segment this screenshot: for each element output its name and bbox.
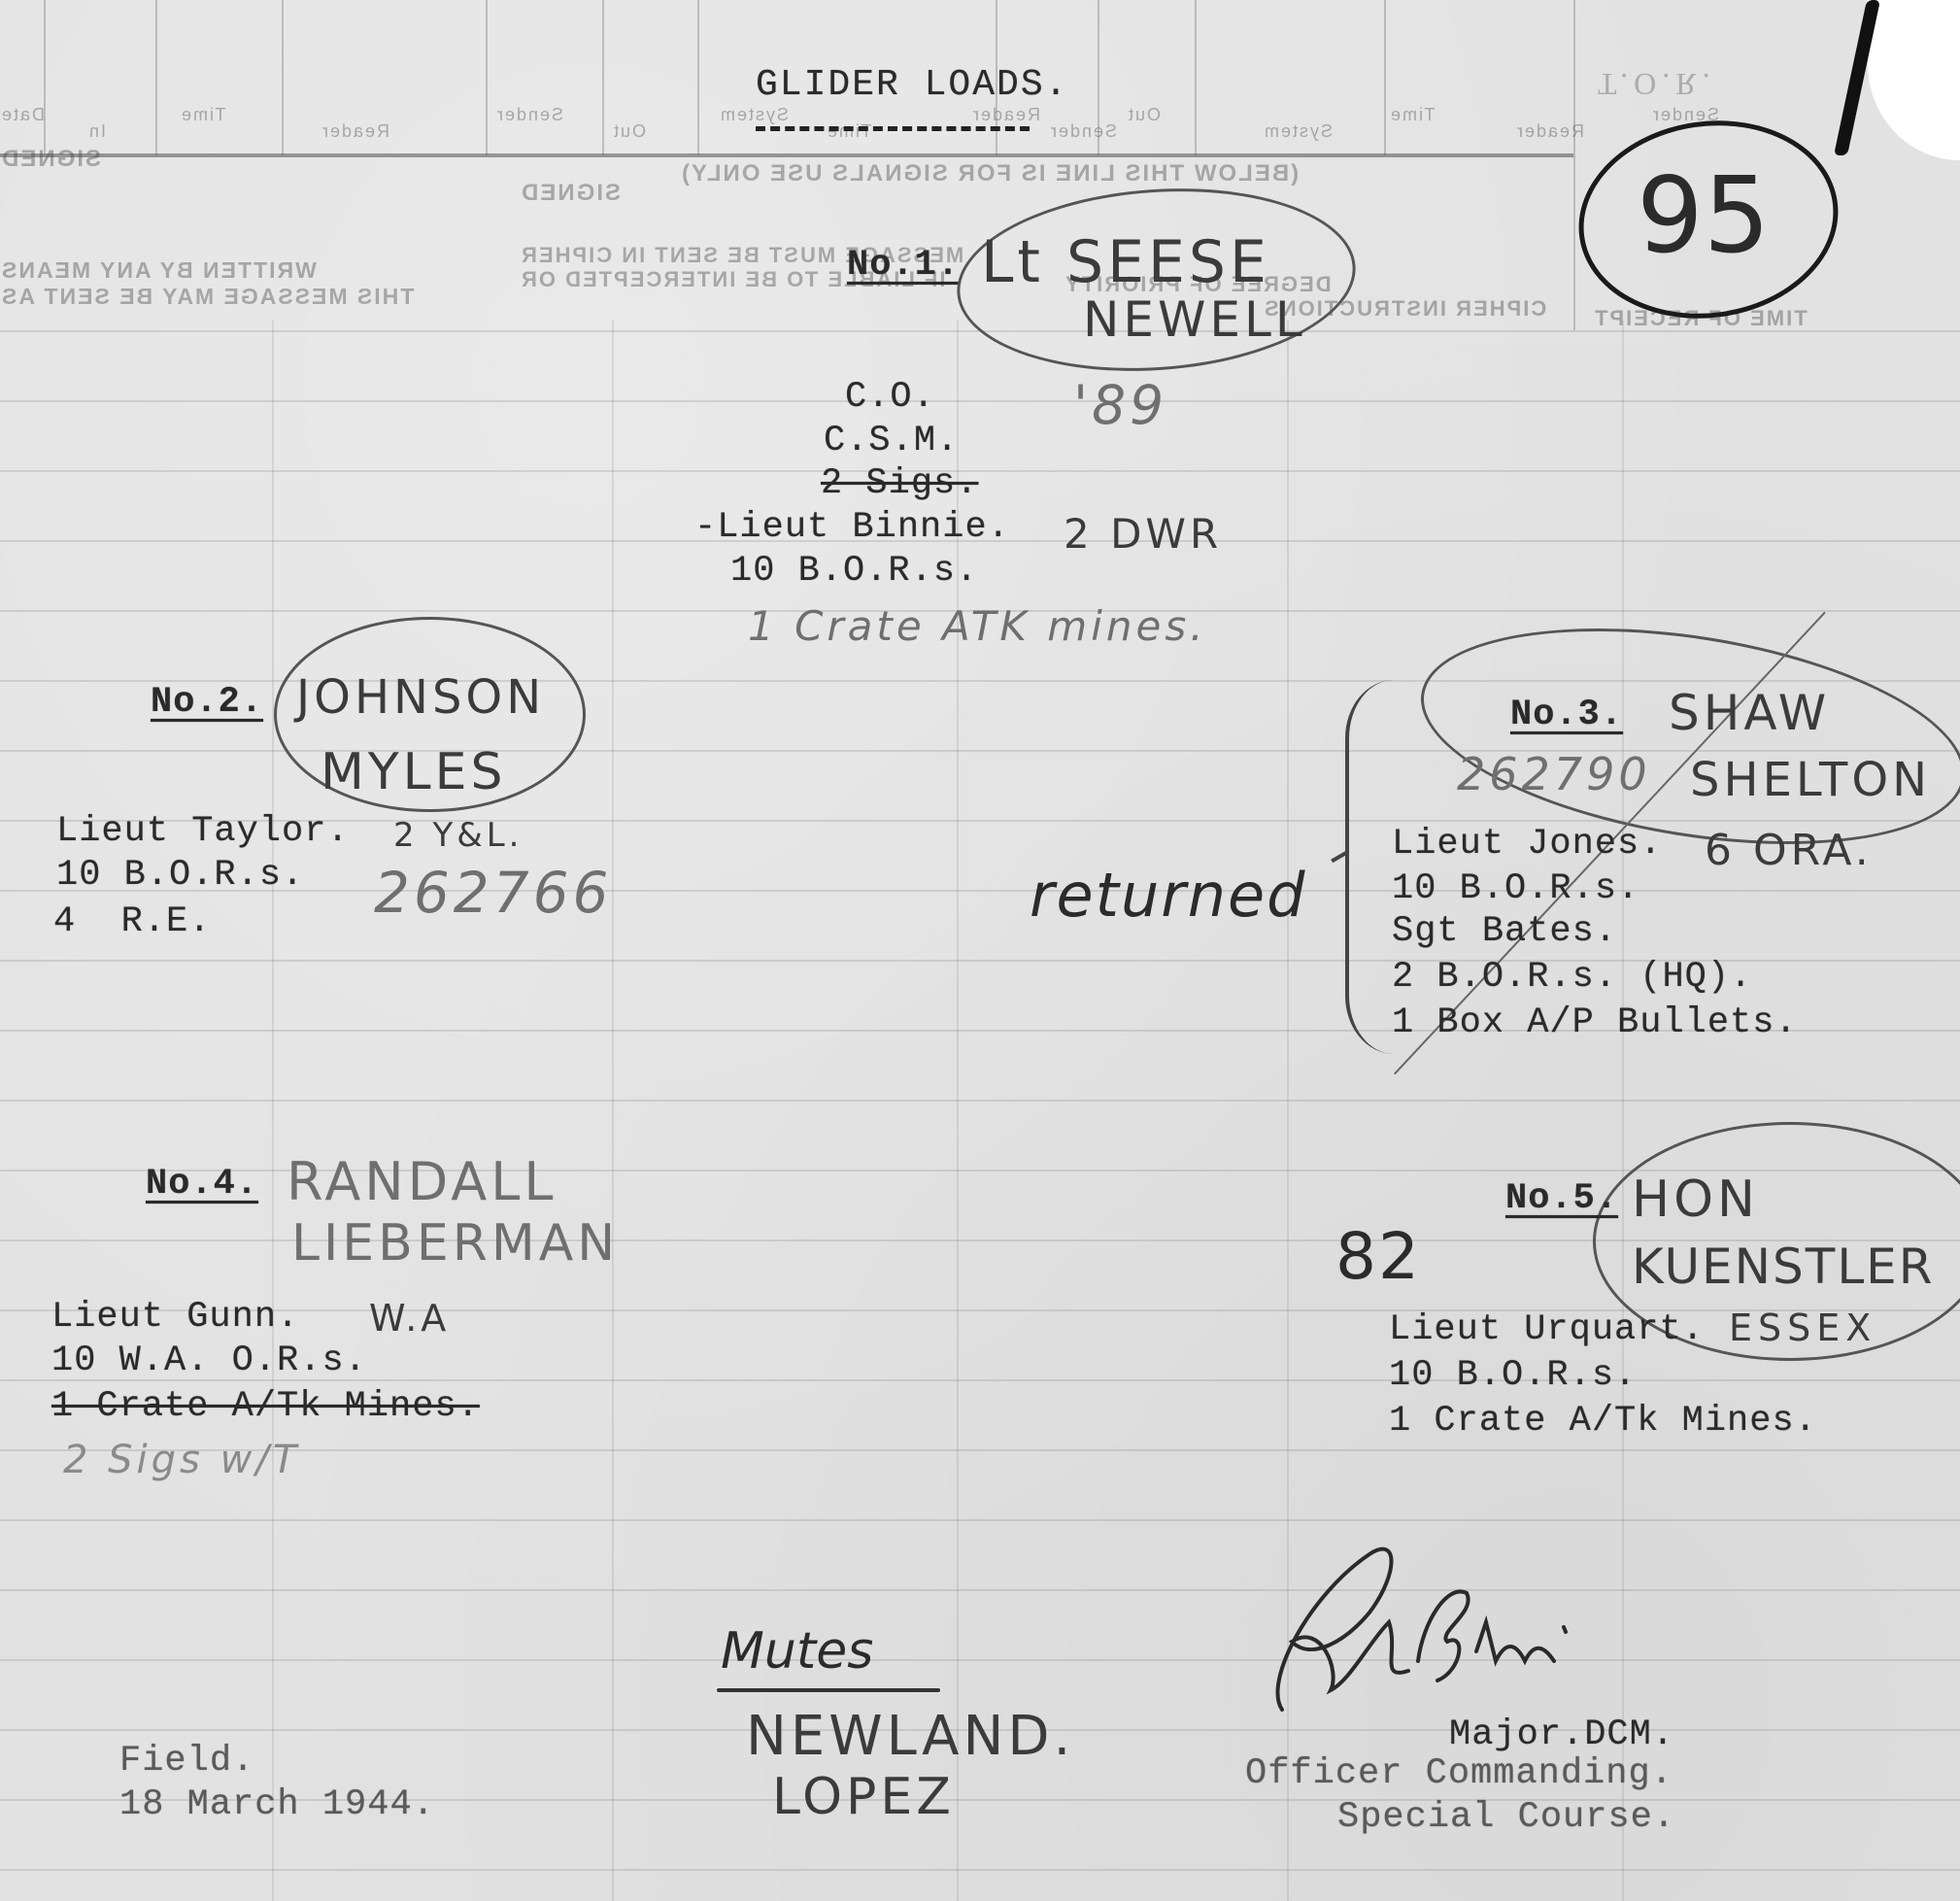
mirrored-column-label: System [719,105,789,125]
mirrored-column-label: In [87,121,106,142]
grid-line [0,1589,1960,1591]
glider-3-number: 262790 [1457,748,1651,800]
glider-5-name-2: KUENSTLER [1632,1239,1935,1295]
glider-2-line-3: 4 R.E. [53,901,211,942]
mirrored-left-note-2: THIS MESSAGE MAY BE SENT AS [0,284,414,310]
glider-3-line-5: 1 Box A/P Bullets. [1392,1002,1798,1043]
mirrored-left-note-1: WRITTEN BY ANY MEANS [0,257,317,284]
mirrored-form-note: (BELOW THIS LINE IS FOR SIGNALS USE ONLY… [680,160,1299,187]
grid-line [0,680,1960,682]
mirrored-column-label: Time [826,121,871,142]
glider-5-line-3: 1 Crate A/Tk Mines. [1389,1401,1817,1442]
glider-5-label: No.5. [1505,1178,1618,1219]
footer-name-2: LOPEZ [772,1768,955,1826]
mirrored-column-label: Reader [321,121,389,142]
glider-4-name-1: RANDALL [287,1151,557,1212]
grid-line [0,1659,1960,1661]
grid-column-line [612,321,614,1901]
glider-2-name-2: MYLES [321,743,506,801]
form-column-line [1384,0,1386,155]
glider-3-name-1: SHAW [1669,685,1830,741]
mirrored-column-label: Date [0,105,45,125]
mid-signature: Mutes [721,1622,873,1680]
mirrored-signed-mid: SIGNED [520,180,621,207]
footer-name-1: NEWLAND. [746,1705,1074,1768]
glider-1-annotation-unit: 2 DWR [1064,510,1222,558]
glider-3-line-3: Sgt Bates. [1392,911,1617,952]
form-column-line [155,0,157,155]
glider-1-line-3: 2 Sigs. [821,463,978,504]
mirrored-column-label: Reader [1515,121,1584,142]
mirrored-signed-left: SIGNED [0,146,101,173]
glider-1-annotation-cargo: 1 Crate ATK mines. [748,602,1207,650]
glider-1-name-1: Lt SEESE [981,228,1270,296]
glider-5-name-1: HON [1632,1171,1759,1229]
glider-1-line-5: 10 B.O.R.s. [730,551,978,592]
mirrored-column-label: System [1263,121,1333,142]
glider-4-annotation-cargo: 2 Sigs w/T [63,1438,300,1482]
circled-number: 95 [1637,155,1770,277]
footer-role-2: Special Course. [1337,1797,1675,1838]
mirrored-time-receipt: TIME OF RECEIPT [1593,306,1808,331]
glider-3-annotation-unit: 6 ORA. [1705,826,1873,875]
footer-rank: Major.DCM. [1449,1714,1674,1755]
footer-place: Field. [119,1741,254,1782]
glider-2-annotation-number: 262766 [374,860,612,926]
grid-line [0,750,1960,752]
grid-line [0,1100,1960,1102]
glider-5-annotation-unit: ESSEX [1729,1307,1876,1349]
glider-2-line-1: Lieut Taylor. [56,811,350,852]
glider-2-name-1: JOHNSON [296,670,545,725]
mirrored-column-label: Sender [495,105,563,125]
signature-scribble-icon [1253,1535,1603,1729]
grid-line [0,400,1960,402]
glider-4-annotation-unit: W.A [369,1297,450,1340]
glider-1-label: No.1. [847,245,960,286]
mirrored-column-label: Time [1389,105,1435,125]
glider-3-name-2: SHELTON [1690,753,1931,807]
glider-4-name-2: LIEBERMAN [291,1214,619,1273]
glider-1-name-2: NEWELL [1083,291,1306,348]
glider-5-line-2: 10 B.O.R.s. [1389,1355,1637,1396]
glider-4-line-2: 10 W.A. O.R.s. [51,1341,367,1381]
grid-line [0,470,1960,472]
glider-1-number: '89 [1073,374,1167,436]
footer-date: 18 March 1944. [119,1784,435,1825]
mirrored-tor-code: T.O.R. [1598,66,1716,102]
form-header-rule [0,153,1573,157]
form-column-line [1195,0,1197,155]
grid-column-line [1622,321,1624,1901]
glider-1-line-4: -Lieut Binnie. [694,507,1010,548]
glider-1-line-1: C.O. [845,377,935,418]
glider-2-line-2: 10 B.O.R.s. [56,855,304,896]
glider-3-returned-note: returned [1030,860,1307,931]
mirrored-column-label: Time [180,105,225,125]
mirrored-column-label: Reader [971,105,1040,125]
mirrored-column-label: Out [1127,105,1161,125]
signature-underline [717,1688,940,1692]
form-column-line [697,0,699,155]
form-column-line [282,0,284,155]
form-column-line [486,0,488,155]
glider-4-line-3: 1 Crate A/Tk Mines. [51,1386,480,1427]
page-title: GLIDER LOADS. [756,64,1068,106]
title-underline [756,126,1030,131]
glider-4-label: No.4. [146,1164,258,1205]
glider-3-line-1: Lieut Jones. [1392,824,1662,865]
glider-5-number: 82 [1335,1219,1421,1294]
form-column-line [1573,0,1575,330]
commander-signature [1253,1535,1603,1734]
glider-1-line-2: C.S.M. [824,421,959,461]
glider-2-label: No.2. [151,682,263,723]
mirrored-column-label: Out [612,121,646,142]
bracket-mark [1345,680,1407,1054]
footer-role-1: Officer Commanding. [1245,1753,1673,1794]
mirrored-column-label: Sender [1049,121,1117,142]
form-column-line [44,0,46,155]
glider-3-label: No.3. [1510,695,1623,735]
mirrored-column-label: Sender [1651,105,1719,125]
grid-column-line [272,321,274,1901]
grid-line [0,1869,1960,1871]
glider-3-line-2: 10 B.O.R.s. [1392,868,1639,909]
glider-5-line-1: Lieut Urquart. [1389,1309,1705,1350]
glider-3-line-4: 2 B.O.R.s. (HQ). [1392,957,1752,998]
form-column-line [602,0,604,155]
glider-4-line-1: Lieut Gunn. [51,1297,299,1338]
grid-line [0,1519,1960,1521]
glider-2-annotation-unit: 2 Y&L. [393,816,523,855]
